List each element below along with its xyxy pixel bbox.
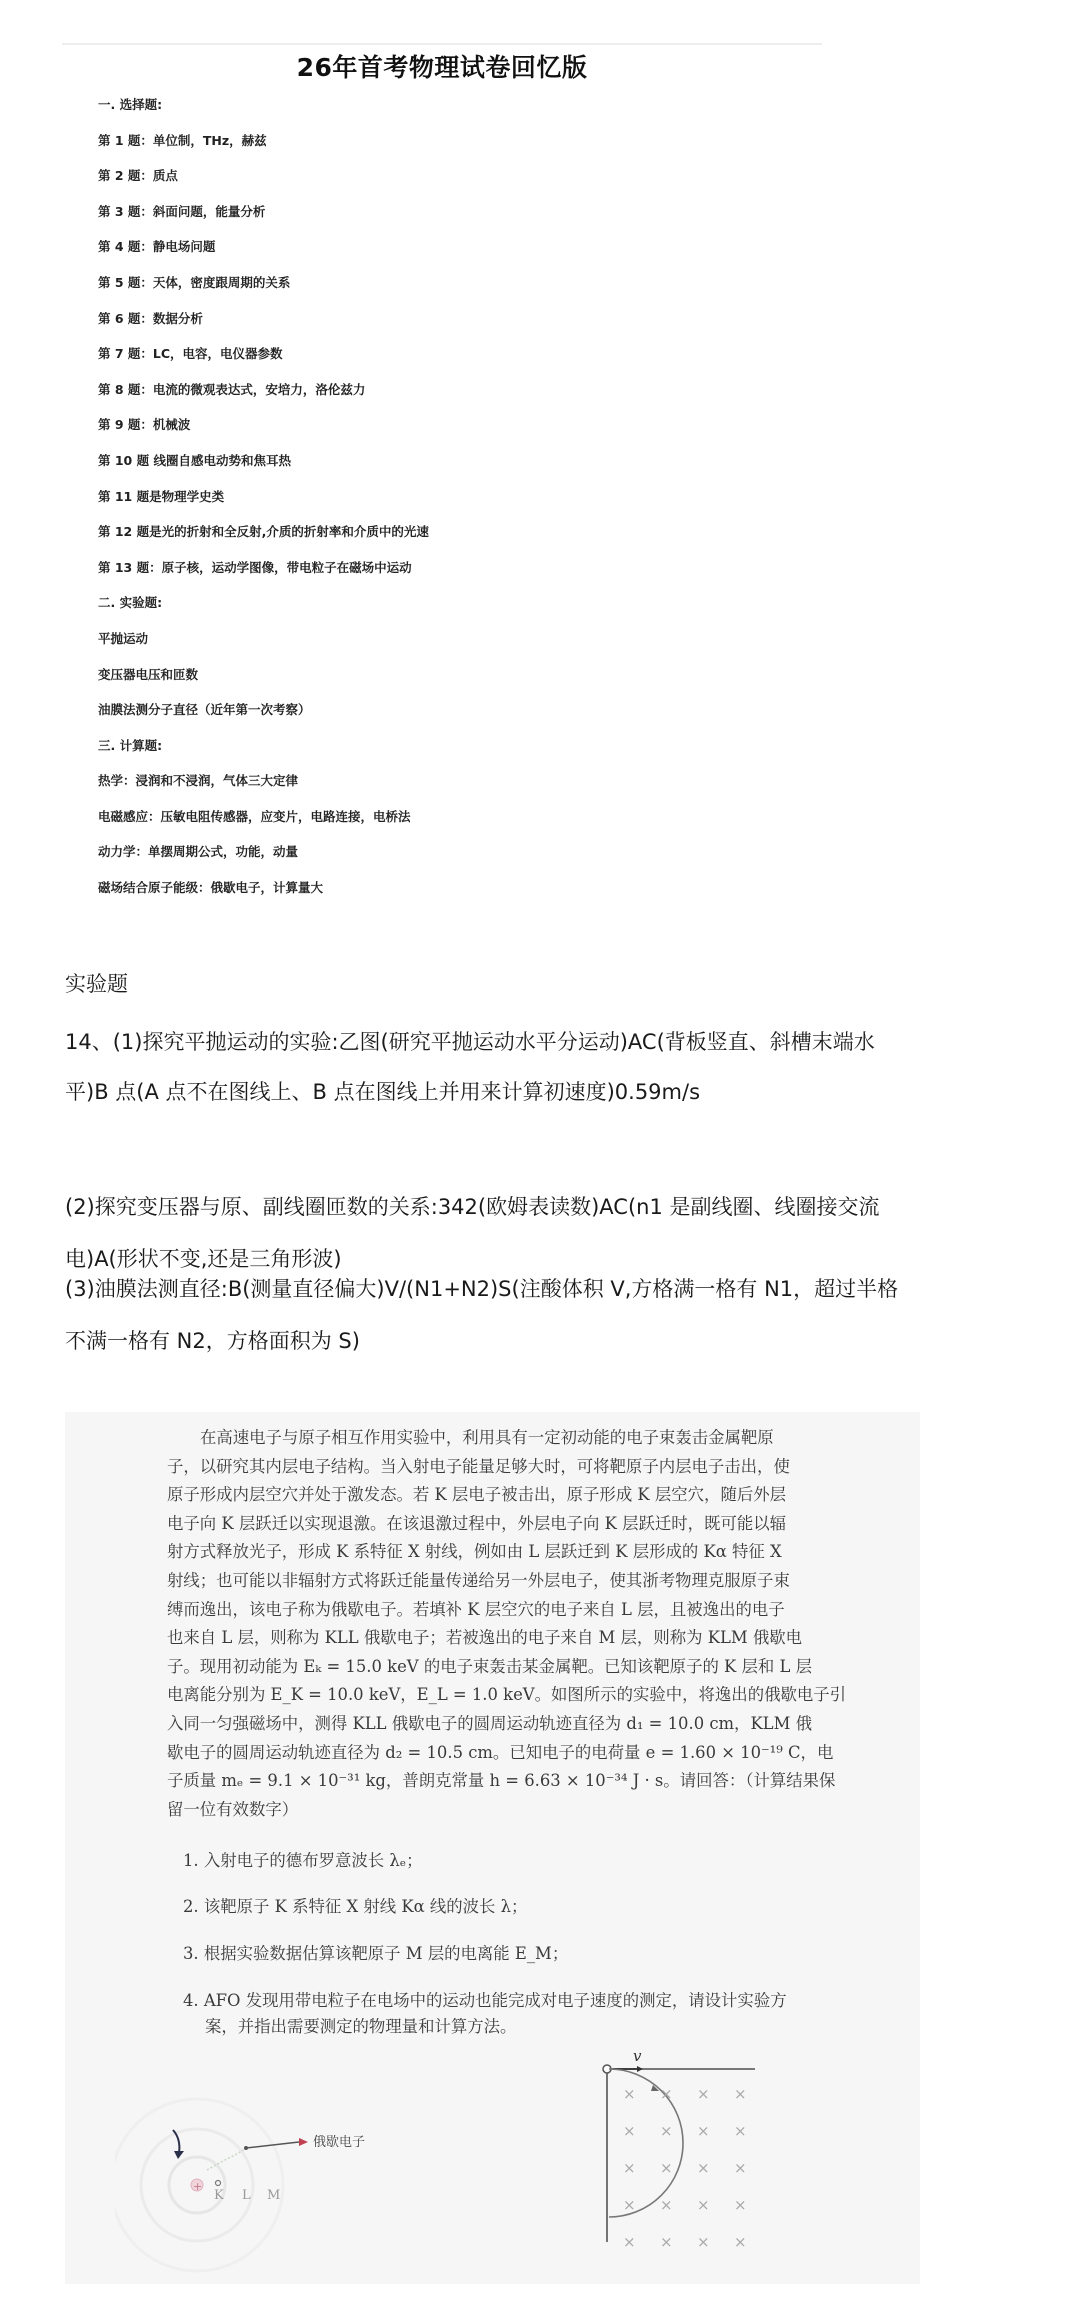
top-divider [62, 43, 822, 45]
field-cross-icon: × [734, 2196, 771, 2233]
outline-item-q8: 第 8 题：电流的微观表达式，安培力，洛伦兹力 [98, 377, 798, 413]
field-cross-icon: × [660, 2196, 697, 2233]
problem-line: 歇电子的圆周运动轨迹直径为 d₂ = 10.5 cm。已知电子的电荷量 e = … [167, 1739, 877, 1768]
outline-item-q10: 第 10 题 线圈自感电动势和焦耳热 [98, 448, 798, 484]
outline-item-q9: 第 9 题：机械波 [98, 412, 798, 448]
problem-line: 电子向 K 层跃迁以实现退激。在该退激过程中，外层电子向 K 层跃迁时，既可能以… [167, 1510, 877, 1539]
atom-shells-graphic [115, 2067, 445, 2282]
field-cross-icon: × [734, 2122, 771, 2159]
problem-line: 缚而逸出，该电子称为俄歇电子。若填补 K 层空穴的电子来自 L 层，且被逸出的电… [167, 1596, 877, 1625]
problem-line: 子，以研究其内层电子结构。当入射电子能量足够大时，可将靶原子内层电子击出，使 [167, 1453, 877, 1482]
section-heading-experiment: 二. 实验题: [98, 590, 798, 626]
field-cross-icon: × [660, 2122, 697, 2159]
field-cross-icon: × [697, 2159, 734, 2196]
sub-question-4-cont: 案，并指出需要测定的物理量和计算方法。 [205, 2013, 516, 2042]
outline-item-q13: 第 13 题：原子核，运动学图像，带电粒子在磁场中运动 [98, 555, 798, 591]
field-cross-icon: × [734, 2085, 771, 2122]
outline-item-q5: 第 5 题：天体，密度跟周期的关系 [98, 270, 798, 306]
outline-item-exp3: 油膜法测分子直径（近年第一次考察） [98, 697, 798, 733]
scanned-problem-image: 在高速电子与原子相互作用实验中，利用具有一定初动能的电子束轰击金属靶原 子，以研… [65, 1412, 920, 2284]
magnetic-field-diagram: v × × × × × × × × × × × × × × × × × × × … [595, 2047, 795, 2287]
field-into-page-grid: × × × × × × × × × × × × × × × × × × × × [623, 2085, 783, 2285]
outline-item-calc4: 磁场结合原子能级：俄歇电子，计算量大 [98, 875, 798, 911]
problem-line: 电离能分别为 E_K = 10.0 keV，E_L = 1.0 keV。如图所示… [167, 1681, 877, 1710]
field-cross-icon: × [623, 2233, 660, 2270]
field-cross-icon: × [697, 2196, 734, 2233]
problem-line: 原子形成内层空穴并处于激发态。若 K 层电子被击出，原子形成 K 层空穴，随后外… [167, 1481, 877, 1510]
field-cross-icon: × [660, 2159, 697, 2196]
shell-label-l: L [242, 2188, 251, 2203]
sub-question-4: 4. AFO 发现用带电粒子在电场中的运动也能完成对电子速度的测定，请设计实验方 [183, 1987, 787, 2016]
field-cross-icon: × [623, 2159, 660, 2196]
answer-line: 不满一格有 N2，方格面积为 S) [65, 1325, 360, 1355]
field-cross-icon: × [697, 2233, 734, 2270]
nucleus-plus-icon: + [193, 2180, 202, 2193]
answers-heading: 实验题 [65, 968, 128, 998]
shell-label-k: K [214, 2188, 224, 2203]
field-cross-icon: × [623, 2196, 660, 2233]
problem-line: 子。现用初动能为 Eₖ = 15.0 keV 的电子束轰击某金属靶。已知该靶原子… [167, 1653, 877, 1682]
field-cross-icon: × [623, 2122, 660, 2159]
outline-item-exp2: 变压器电压和匝数 [98, 662, 798, 698]
auger-atom-diagram: + K L M 俄歇电子 [115, 2067, 445, 2282]
page-title: 26年首考物理试卷回忆版 [0, 48, 884, 84]
shell-label-m: M [267, 2188, 280, 2203]
problem-line: 射方式释放光子，形成 K 系特征 X 射线，例如由 L 层跃迁到 K 层形成的 … [167, 1538, 877, 1567]
field-cross-icon: × [623, 2085, 660, 2122]
outline-item-exp1: 平抛运动 [98, 626, 798, 662]
outline-item-q2: 第 2 题：质点 [98, 163, 798, 199]
sub-question-2: 2. 该靶原子 K 系特征 X 射线 Kα 线的波长 λ； [183, 1893, 527, 1922]
problem-line: 子质量 mₑ = 9.1 × 10⁻³¹ kg，普朗克常量 h = 6.63 ×… [167, 1767, 877, 1796]
problem-line: 留一位有效数字） [167, 1796, 877, 1825]
outline-item-calc3: 动力学：单摆周期公式，功能，动量 [98, 839, 798, 875]
outline-item-q1: 第 1 题：单位制，THz，赫兹 [98, 128, 798, 164]
problem-line: 也来自 L 层，则称为 KLL 俄歇电子；若被逸出的电子来自 M 层，则称为 K… [167, 1624, 877, 1653]
exam-outline: 一. 选择题: 第 1 题：单位制，THz，赫兹 第 2 题：质点 第 3 题：… [98, 92, 798, 911]
answer-line: 平)B 点(A 点不在图线上、B 点在图线上并用来计算初速度)0.59m/s [65, 1076, 700, 1106]
sub-question-1: 1. 入射电子的德布罗意波长 λₑ； [183, 1847, 422, 1876]
field-cross-icon: × [660, 2233, 697, 2270]
velocity-label: v [633, 2047, 641, 2065]
outline-item-calc1: 热学：浸润和不浸润，气体三大定律 [98, 768, 798, 804]
answer-line: (2)探究变压器与原、副线圈匝数的关系:342(欧姆表读数)AC(n1 是副线圈… [65, 1191, 880, 1221]
answer-line: (3)油膜法测直径:B(测量直径偏大)V/(N1+N2)S(注酸体积 V,方格满… [65, 1273, 898, 1303]
field-cross-icon: × [697, 2122, 734, 2159]
outline-item-calc2: 电磁感应：压敏电阻传感器，应变片，电路连接，电桥法 [98, 804, 798, 840]
problem-line: 在高速电子与原子相互作用实验中，利用具有一定初动能的电子束轰击金属靶原 [167, 1424, 877, 1453]
sub-question-3: 3. 根据实验数据估算该靶原子 M 层的电离能 E_M； [183, 1940, 568, 1969]
section-heading-calculation: 三. 计算题: [98, 733, 798, 769]
section-heading-choice: 一. 选择题: [98, 92, 798, 128]
field-cross-icon: × [697, 2085, 734, 2122]
problem-statement: 在高速电子与原子相互作用实验中，利用具有一定初动能的电子束轰击金属靶原 子，以研… [167, 1424, 877, 1824]
answer-line: 电)A(形状不变,还是三角形波) [65, 1243, 342, 1273]
outline-item-q4: 第 4 题：静电场问题 [98, 234, 798, 270]
outline-item-q11: 第 11 题是物理学史类 [98, 484, 798, 520]
field-cross-icon: × [734, 2233, 771, 2270]
answer-line: 14、(1)探究平抛运动的实验:乙图(研究平抛运动水平分运动)AC(背板竖直、斜… [65, 1026, 875, 1056]
field-cross-icon: × [660, 2085, 697, 2122]
outline-item-q6: 第 6 题：数据分析 [98, 306, 798, 342]
outline-item-q3: 第 3 题：斜面问题，能量分析 [98, 199, 798, 235]
field-cross-icon: × [734, 2159, 771, 2196]
outline-item-q12: 第 12 题是光的折射和全反射,介质的折射率和介质中的光速 [98, 519, 798, 555]
problem-line: 射线；也可能以非辐射方式将跃迁能量传递给另一外层电子，使其浙考物理克服原子束 [167, 1567, 877, 1596]
outline-item-text: 第 1 题：单位制，THz，赫兹 [98, 133, 267, 148]
problem-line: 入同一匀强磁场中，测得 KLL 俄歇电子的圆周运动轨迹直径为 d₁ = 10.0… [167, 1710, 877, 1739]
outline-item-q7: 第 7 题：LC，电容，电仪器参数 [98, 341, 798, 377]
auger-electron-label: 俄歇电子 [313, 2131, 365, 2150]
